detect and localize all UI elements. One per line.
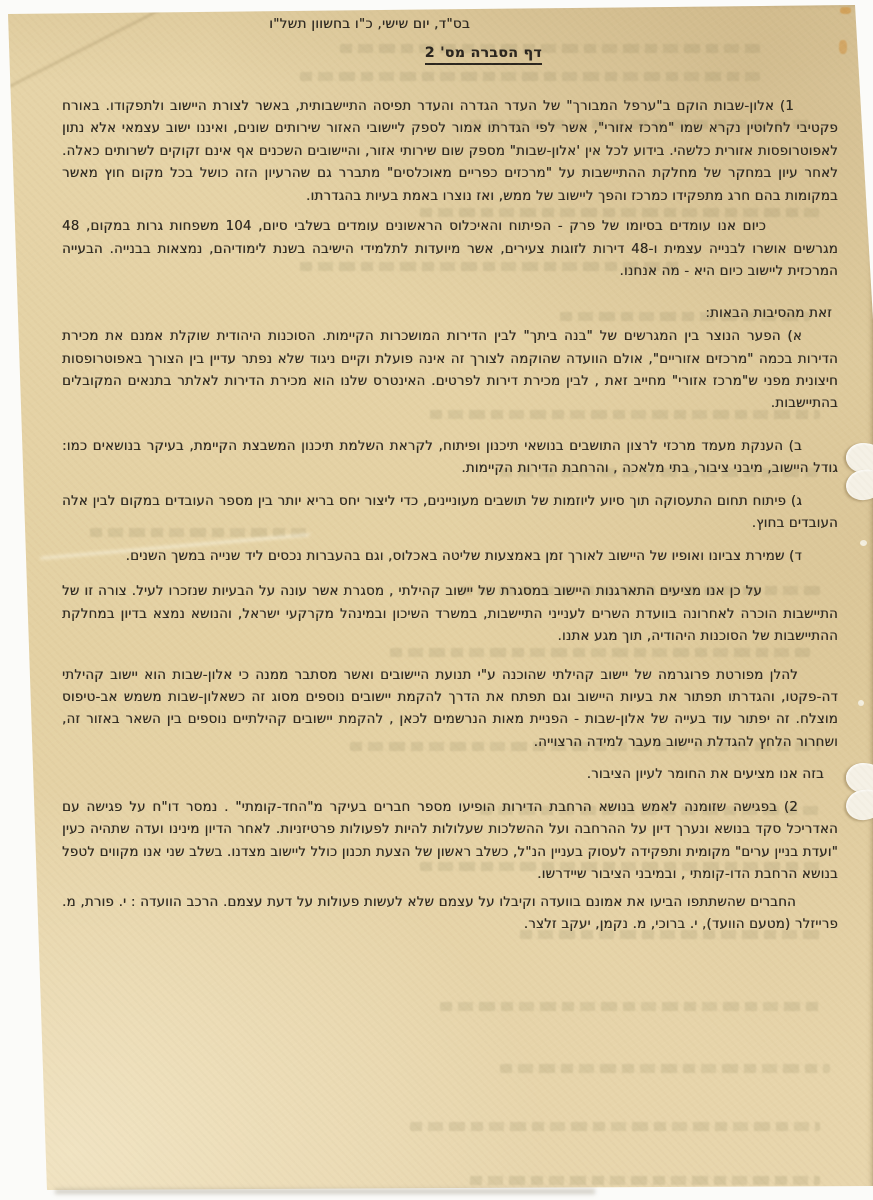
paper-sheet: בס"ד, יום שישי, כ"ו בחשוון תשל"ו דף הסבר… [0, 0, 873, 1200]
paragraph: כיום אנו עומדים בסיומו של פרק - הפיתוח ו… [62, 216, 838, 283]
hole-reinforcement-top [839, 443, 873, 503]
scanned-page: בס"ד, יום שישי, כ"ו בחשוון תשל"ו דף הסבר… [0, 0, 873, 1200]
document-body: 1) אלון-שבות הוקם ב"ערפל המבורך" של העדר… [62, 96, 838, 937]
page-title: דף הסברה מס' 2 [425, 45, 542, 65]
paragraph: להלן מפורטת פרוגרמה של יישוב קהילתי שהוכ… [62, 665, 838, 755]
stain-mark [839, 40, 847, 54]
bleed-through-mark [300, 72, 760, 81]
paragraph: ב) הענקת מעמד מרכזי לרצון התושבים בנושאי… [62, 436, 838, 481]
paper-crease [0, 0, 181, 96]
paragraph: ד) שמירת צביונו ואופיו של היישוב לאורך ז… [62, 546, 838, 568]
stain-mark [840, 7, 851, 14]
bleed-through-mark [340, 44, 760, 53]
paragraph: בזה אנו מציעים את החומר לעיון הציבור. [62, 764, 838, 786]
paragraph: 2) בפגישה שזומנה לאמש בנושא הרחבת הדירות… [62, 797, 838, 887]
paragraph: החברים שהשתתפו הביעו את אמונם בוועדה וקי… [62, 892, 838, 937]
paragraph: זאת מהסיבות הבאות: [62, 303, 838, 325]
bleed-through-mark [470, 1176, 820, 1185]
paragraph: ג) פיתוח תחום התעסוקה תוך סיוע ליוזמות ש… [62, 491, 838, 536]
scanner-shadow [55, 1189, 595, 1194]
paragraph: א) הפער הנוצר בין המגרשים של "בנה ביתך" … [62, 326, 838, 416]
paragraph: 1) אלון-שבות הוקם ב"ערפל המבורך" של העדר… [62, 96, 838, 208]
bleed-through-mark [410, 1122, 820, 1131]
paper-speck [858, 700, 864, 706]
bleed-through-mark [440, 1002, 820, 1011]
bleed-through-mark [500, 1064, 830, 1073]
paper-speck [860, 540, 867, 546]
hole-reinforcement-bottom [839, 763, 873, 823]
paragraph: על כן אנו מציעים התארגנות היישוב במסגרת … [62, 581, 838, 648]
dateline: בס"ד, יום שישי, כ"ו בחשוון תשל"ו [269, 16, 470, 32]
